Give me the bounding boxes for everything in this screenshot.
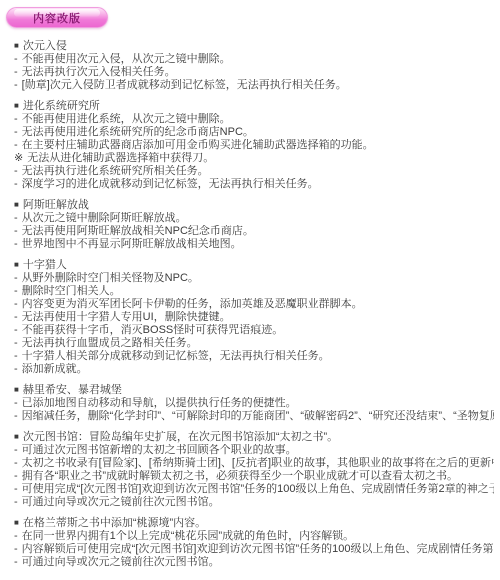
section-item: -可通过向导或次元之镜前往次元图书馆。 (14, 496, 494, 509)
patch-notes-page: 内容改版 ■次元入侵-不能再使用次元入侵，从次元之镜中删除。-无法再执行次元入侵… (0, 7, 500, 580)
section-item: -在主要村庄辅助武器商店添加可用金币购买进化辅助武器选择箱的功能。 (14, 139, 494, 152)
section-item-text: 可通过向导或次元之镜前往次元图书馆。 (22, 496, 220, 508)
section-item-text: [勋章]次元入侵防卫者成就移动到记忆标签，无法再执行相关任务。 (22, 79, 347, 91)
dash-marker: - (14, 285, 18, 298)
section-item: -无法再使用阿斯旺解放战相关NPC纪念币商店。 (14, 225, 494, 238)
section-title: ■次元图书馆：冒险岛编年史扩展，在次元图书馆添加“太初之书”。 (14, 430, 494, 444)
section: ■阿斯旺解放战-从次元之镜中删除阿斯旺解放战。-无法再使用阿斯旺解放战相关NPC… (14, 198, 494, 251)
section-title-text: 阿斯旺解放战 (23, 199, 89, 211)
section-title-text: 次元入侵 (23, 40, 67, 52)
section-item-text: 从野外删除时空门相关怪物及NPC。 (22, 272, 199, 284)
dash-marker: - (14, 225, 18, 238)
section-item-text: 太初之书收录有[冒险家]、[希纳斯骑士团]、[反抗者]职业的故事，其他职业的故事… (22, 457, 494, 469)
section-item: -内容解锁后可使用完成“[次元图书馆]欢迎到访次元图书馆”任务的100级以上角色… (14, 543, 494, 556)
section-item: -不能再获得十字币，消灭BOSS怪时可获得咒语痕迹。 (14, 324, 494, 337)
section-item-text: 在同一世界内拥有1个以上完成“桃花乐园”成就的角色时，内容解锁。 (22, 530, 354, 542)
patch-notes-content: ■次元入侵-不能再使用次元入侵，从次元之镜中删除。-无法再执行次元入侵相关任务。… (0, 28, 500, 569)
dash-marker: - (14, 178, 18, 191)
section-item-text: 不能再使用次元入侵，从次元之镜中删除。 (22, 53, 231, 65)
section-title: ■进化系统研究所 (14, 99, 494, 113)
section-item-text: 可使用完成“[次元图书馆]欢迎到访次元图书馆”任务的100级以上角色、完成剧情任… (22, 483, 494, 495)
section-item-text: 无法再使用阿斯旺解放战相关NPC纪念币商店。 (22, 225, 254, 237)
dash-marker: - (14, 272, 18, 285)
section-item-text: 已添加地图自动移动和导航，以提供执行任务的便捷性。 (22, 397, 297, 409)
section-item: -拥有各“职业之书”成就时解锁太初之书，必须获得至少一个职业成就才可以查看太初之… (14, 470, 494, 483)
section-item-text: 因缩减任务，删除“化学封印”、“可解除封印的万能商团”、“破解密码2”、“研究还… (22, 410, 494, 422)
section-item: -世界地图中不再显示阿斯旺解放战相关地图。 (14, 238, 494, 251)
section-item: -从次元之镜中删除阿斯旺解放战。 (14, 212, 494, 225)
dash-marker: - (14, 470, 18, 483)
section-item: -[勋章]次元入侵防卫者成就移动到记忆标签，无法再执行相关任务。 (14, 79, 494, 92)
section-item: -无法再执行进化系统研究所相关任务。 (14, 165, 494, 178)
dash-marker: - (14, 79, 18, 92)
dash-marker: - (14, 66, 18, 79)
section: ■在格兰蒂斯之书中添加“桃源境”内容。-在同一世界内拥有1个以上完成“桃花乐园”… (14, 516, 494, 569)
dash-marker: - (14, 298, 18, 311)
section-title-text: 次元图书馆：冒险岛编年史扩展，在次元图书馆添加“太初之书”。 (23, 431, 338, 443)
section: ■次元入侵-不能再使用次元入侵，从次元之镜中删除。-无法再执行次元入侵相关任务。… (14, 39, 494, 92)
square-bullet-icon: ■ (14, 258, 19, 271)
square-bullet-icon: ■ (14, 99, 19, 112)
dash-marker: - (14, 212, 18, 225)
section-item: -十字猎人相关部分成就移动到记忆标签，无法再执行相关任务。 (14, 350, 494, 363)
section-item: -不能再使用次元入侵，从次元之镜中删除。 (14, 53, 494, 66)
section-item-text: 无法再使用十字猎人专用UI，删除快捷键。 (22, 311, 231, 323)
dash-marker: - (14, 496, 18, 509)
section-item-text: 删除时空门相关人。 (22, 285, 121, 297)
section-title-text: 赫里希安、暴君城堡 (23, 384, 122, 396)
section-item: -太初之书收录有[冒险家]、[希纳斯骑士团]、[反抗者]职业的故事，其他职业的故… (14, 457, 494, 470)
section-item-text: 在主要村庄辅助武器商店添加可用金币购买进化辅助武器选择箱的功能。 (22, 139, 374, 151)
section-title-text: 十字猎人 (23, 259, 67, 271)
section-title: ■次元入侵 (14, 39, 494, 53)
dash-marker: - (14, 324, 18, 337)
dash-marker: - (14, 337, 18, 350)
dash-marker: - (14, 350, 18, 363)
dash-marker: - (14, 139, 18, 152)
square-bullet-icon: ■ (14, 39, 19, 52)
section-item-text: 可通过次元图书馆新增的太初之书回顾各个职业的故事。 (22, 444, 297, 456)
content-revamp-badge: 内容改版 (6, 7, 108, 28)
dash-marker: - (14, 311, 18, 324)
section-title: ■阿斯旺解放战 (14, 198, 494, 212)
dash-marker: - (14, 444, 18, 457)
content-revamp-badge-label: 内容改版 (33, 10, 81, 26)
dash-marker: - (14, 556, 18, 569)
section-item-text: 无法从进化辅助武器选择箱中获得刀。 (27, 152, 214, 164)
dash-marker: - (14, 397, 18, 410)
section-item: -无法再执行次元入侵相关任务。 (14, 66, 494, 79)
section-item-text: 无法再执行进化系统研究所相关任务。 (22, 165, 209, 177)
section-item: -无法再使用十字猎人专用UI，删除快捷键。 (14, 311, 494, 324)
section-title: ■赫里希安、暴君城堡 (14, 383, 494, 397)
section-item-text: 不能再获得十字币，消灭BOSS怪时可获得咒语痕迹。 (22, 324, 284, 336)
section-item: ※无法从进化辅助武器选择箱中获得刀。 (14, 152, 494, 165)
section: ■次元图书馆：冒险岛编年史扩展，在次元图书馆添加“太初之书”。-可通过次元图书馆… (14, 430, 494, 509)
section: ■进化系统研究所-不能再使用进化系统，从次元之镜中删除。-无法再使用进化系统研究… (14, 99, 494, 191)
dash-marker: - (14, 363, 18, 376)
dash-marker: - (14, 53, 18, 66)
section: ■赫里希安、暴君城堡-已添加地图自动移动和导航，以提供执行任务的便捷性。-因缩减… (14, 383, 494, 423)
section-item-text: 无法再执行次元入侵相关任务。 (22, 66, 176, 78)
section-item: -可通过向导或次元之镜前往次元图书馆。 (14, 556, 494, 569)
section-item-text: 拥有各“职业之书”成就时解锁太初之书，必须获得至少一个职业成就才可以查看太初之书… (22, 470, 458, 482)
section-item: -内容变更为消灭军团长阿卡伊勒的任务，添加英雄及恶魔职业群脚本。 (14, 298, 494, 311)
section-item-text: 世界地图中不再显示阿斯旺解放战相关地图。 (22, 238, 242, 250)
section-title: ■十字猎人 (14, 258, 494, 272)
section-item-text: 无法再执行血盟成员之路相关任务。 (22, 337, 198, 349)
dash-marker: - (14, 483, 18, 496)
dash-marker: - (14, 113, 18, 126)
section-item: -从野外删除时空门相关怪物及NPC。 (14, 272, 494, 285)
square-bullet-icon: ■ (14, 516, 19, 529)
section-item: -可使用完成“[次元图书馆]欢迎到访次元图书馆”任务的100级以上角色、完成剧情… (14, 483, 494, 496)
square-bullet-icon: ■ (14, 430, 19, 443)
section-item: -深度学习的进化成就移动到记忆标签，无法再执行相关任务。 (14, 178, 494, 191)
section-item: -添加新成就。 (14, 363, 494, 376)
dash-marker: - (14, 530, 18, 543)
section-item-text: 深度学习的进化成就移动到记忆标签，无法再执行相关任务。 (22, 178, 319, 190)
section-title: ■在格兰蒂斯之书中添加“桃源境”内容。 (14, 516, 494, 530)
section-item: -可通过次元图书馆新增的太初之书回顾各个职业的故事。 (14, 444, 494, 457)
dash-marker: - (14, 165, 18, 178)
section-item-text: 内容变更为消灭军团长阿卡伊勒的任务，添加英雄及恶魔职业群脚本。 (22, 298, 363, 310)
section-item: -无法再执行血盟成员之路相关任务。 (14, 337, 494, 350)
section-item-text: 无法再使用进化系统研究所的纪念币商店NPC。 (22, 126, 254, 138)
square-bullet-icon: ■ (14, 198, 19, 211)
dash-marker: - (14, 126, 18, 139)
section-item-text: 内容解锁后可使用完成“[次元图书馆]欢迎到访次元图书馆”任务的100级以上角色、… (22, 543, 494, 555)
section-item: -因缩减任务，删除“化学封印”、“可解除封印的万能商团”、“破解密码2”、“研究… (14, 410, 494, 423)
square-bullet-icon: ■ (14, 383, 19, 396)
section-item: -删除时空门相关人。 (14, 285, 494, 298)
section-item-text: 不能再使用进化系统，从次元之镜中删除。 (22, 113, 231, 125)
section-item: -不能再使用进化系统，从次元之镜中删除。 (14, 113, 494, 126)
section-title-text: 进化系统研究所 (23, 100, 100, 112)
dash-marker: - (14, 410, 18, 423)
section-item: -在同一世界内拥有1个以上完成“桃花乐园”成就的角色时，内容解锁。 (14, 530, 494, 543)
section-item-text: 从次元之镜中删除阿斯旺解放战。 (22, 212, 187, 224)
section-item: -已添加地图自动移动和导航，以提供执行任务的便捷性。 (14, 397, 494, 410)
section-item-text: 十字猎人相关部分成就移动到记忆标签，无法再执行相关任务。 (22, 350, 330, 362)
dash-marker: - (14, 457, 18, 470)
section-item: -无法再使用进化系统研究所的纪念币商店NPC。 (14, 126, 494, 139)
dash-marker: - (14, 238, 18, 251)
section-item-text: 添加新成就。 (22, 363, 88, 375)
note-marker: ※ (14, 152, 23, 165)
dash-marker: - (14, 543, 18, 556)
section-title-text: 在格兰蒂斯之书中添加“桃源境”内容。 (23, 517, 206, 529)
section-item-text: 可通过向导或次元之镜前往次元图书馆。 (22, 556, 220, 568)
section: ■十字猎人-从野外删除时空门相关怪物及NPC。-删除时空门相关人。-内容变更为消… (14, 258, 494, 376)
